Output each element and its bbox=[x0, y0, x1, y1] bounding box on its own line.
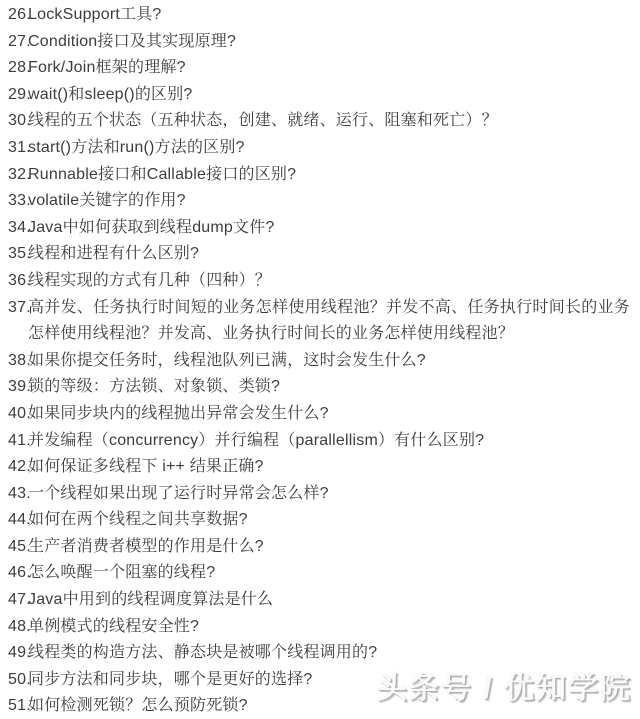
question-text: 如果你提交任务时，线程池队列已满，这时会发生什么? bbox=[28, 352, 426, 369]
question-number: 28. bbox=[8, 55, 31, 82]
question-item: 42.如何保证多线程下 i++ 结果正确? bbox=[8, 454, 630, 481]
question-text: LockSupport工具? bbox=[28, 6, 162, 23]
question-item: 26.LockSupport工具? bbox=[8, 2, 630, 29]
question-item: 29.wait()和sleep()的区别? bbox=[8, 82, 630, 109]
question-text: 怎么唤醒一个阻塞的线程? bbox=[28, 564, 215, 581]
question-item: 28.Fork/Join框架的理解? bbox=[8, 55, 630, 82]
question-number: 29. bbox=[8, 82, 31, 109]
question-item: 32.Runnable接口和Callable接口的区别? bbox=[8, 162, 630, 189]
question-number: 45. bbox=[8, 534, 31, 561]
question-item: 38.如果你提交任务时，线程池队列已满，这时会发生什么? bbox=[8, 348, 630, 375]
question-number: 37. bbox=[8, 295, 31, 322]
question-text: 同步方法和同步块，哪个是更好的选择? bbox=[28, 671, 313, 688]
question-number: 26. bbox=[8, 2, 31, 29]
question-text: Java中用到的线程调度算法是什么 bbox=[28, 591, 273, 608]
question-item: 46.怎么唤醒一个阻塞的线程? bbox=[8, 560, 630, 587]
question-text: 并发编程（concurrency）并行编程（parallellism）有什么区别… bbox=[28, 432, 484, 449]
question-text: 锁的等级：方法锁、对象锁、类锁? bbox=[28, 378, 280, 395]
question-item: 45.生产者消费者模型的作用是什么? bbox=[8, 534, 630, 561]
question-number: 35. bbox=[8, 241, 31, 268]
question-text: Fork/Join框架的理解? bbox=[28, 59, 186, 76]
question-number: 36. bbox=[8, 268, 31, 295]
question-number: 27. bbox=[8, 29, 31, 56]
question-item: 34.Java中如何获取到线程dump文件? bbox=[8, 215, 630, 242]
question-text: 线程类的构造方法、静态块是被哪个线程调用的? bbox=[28, 644, 377, 661]
question-item: 31.start()方法和run()方法的区别? bbox=[8, 135, 630, 162]
question-item: 33.volatile关键字的作用? bbox=[8, 188, 630, 215]
question-text: start()方法和run()方法的区别? bbox=[28, 139, 245, 156]
question-number: 39. bbox=[8, 374, 31, 401]
question-item: 48.单例模式的线程安全性? bbox=[8, 614, 630, 641]
question-number: 50. bbox=[8, 667, 31, 694]
question-text: 生产者消费者模型的作用是什么? bbox=[28, 538, 264, 555]
question-number: 31. bbox=[8, 135, 31, 162]
question-item: 44.如何在两个线程之间共享数据? bbox=[8, 507, 630, 534]
question-number: 51. bbox=[8, 693, 31, 719]
question-item: 43.一个线程如果出现了运行时异常会怎么样? bbox=[8, 481, 630, 508]
question-number: 33. bbox=[8, 188, 31, 215]
question-item: 41.并发编程（concurrency）并行编程（parallellism）有什… bbox=[8, 428, 630, 455]
question-text: Java中如何获取到线程dump文件? bbox=[28, 219, 275, 236]
question-text: 如果同步块内的线程抛出异常会发生什么? bbox=[28, 405, 329, 422]
question-item: 27.Condition接口及其实现原理? bbox=[8, 29, 630, 56]
question-text: wait()和sleep()的区别? bbox=[28, 86, 193, 103]
question-number: 48. bbox=[8, 614, 31, 641]
question-text: 如何保证多线程下 i++ 结果正确? bbox=[28, 458, 264, 475]
question-number: 47. bbox=[8, 587, 31, 614]
question-number: 40. bbox=[8, 401, 31, 428]
question-item: 35.线程和进程有什么区别? bbox=[8, 241, 630, 268]
question-item: 30.线程的五个状态（五种状态，创建、就绪、运行、阻塞和死亡）？ bbox=[8, 108, 630, 135]
page: { "page": { "background": "#ffffff", "te… bbox=[0, 0, 640, 719]
question-text: Runnable接口和Callable接口的区别? bbox=[28, 166, 296, 183]
question-text: 线程实现的方式有几种（四种）？ bbox=[28, 272, 271, 289]
question-text: 线程的五个状态（五种状态，创建、就绪、运行、阻塞和死亡）？ bbox=[28, 112, 498, 129]
question-list: 26.LockSupport工具?27.Condition接口及其实现原理?28… bbox=[0, 0, 640, 719]
question-text: 高并发、任务执行时间短的业务怎样使用线程池？并发不高、任务执行时间长的业务怎样使… bbox=[28, 299, 630, 343]
question-text: 一个线程如果出现了运行时异常会怎么样? bbox=[28, 485, 329, 502]
question-number: 34. bbox=[8, 215, 31, 242]
question-number: 46. bbox=[8, 560, 31, 587]
question-text: volatile关键字的作用? bbox=[28, 192, 186, 209]
question-number: 32. bbox=[8, 162, 31, 189]
question-number: 30. bbox=[8, 108, 31, 135]
question-number: 49. bbox=[8, 640, 31, 667]
question-item: 37.高并发、任务执行时间短的业务怎样使用线程池？并发不高、任务执行时间长的业务… bbox=[8, 295, 630, 348]
watermark: 头条号 / 优知学院 bbox=[377, 663, 632, 707]
question-text: 如何检测死锁？怎么预防死锁? bbox=[28, 697, 248, 714]
question-item: 47.Java中用到的线程调度算法是什么 bbox=[8, 587, 630, 614]
question-item: 36.线程实现的方式有几种（四种）？ bbox=[8, 268, 630, 295]
question-text: 如何在两个线程之间共享数据? bbox=[28, 511, 248, 528]
question-text: Condition接口及其实现原理? bbox=[28, 33, 236, 50]
question-item: 40.如果同步块内的线程抛出异常会发生什么? bbox=[8, 401, 630, 428]
question-number: 41. bbox=[8, 428, 31, 455]
question-number: 43. bbox=[8, 481, 31, 508]
question-number: 38. bbox=[8, 348, 31, 375]
question-text: 单例模式的线程安全性? bbox=[28, 618, 199, 635]
question-number: 44. bbox=[8, 507, 31, 534]
question-item: 39.锁的等级：方法锁、对象锁、类锁? bbox=[8, 374, 630, 401]
question-number: 42. bbox=[8, 454, 31, 481]
question-text: 线程和进程有什么区别? bbox=[28, 245, 199, 262]
